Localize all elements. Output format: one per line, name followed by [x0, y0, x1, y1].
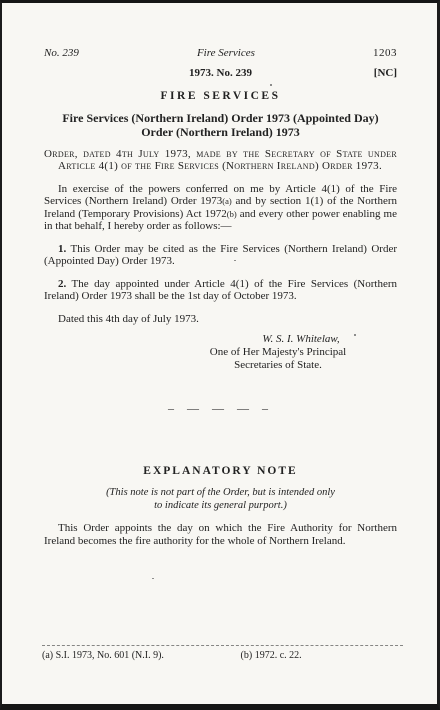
article-1-text: This Order may be cited as the Fire Serv…: [44, 243, 397, 268]
section-divider: – — — — –: [44, 402, 397, 415]
signatory-office-line1: One of Her Majesty's Principal: [169, 346, 387, 359]
page-content: No. 239 Fire Services 1203 1973. No. 239…: [2, 3, 437, 547]
article-2-text: The day appointed under Article 4(1) of …: [44, 278, 397, 303]
footnote-row: (a) S.I. 1973, No. 601 (N.I. 9). (b) 197…: [42, 650, 403, 662]
footnote-b: (b) 1972. c. 22.: [241, 650, 302, 662]
running-head-subject: Fire Services: [197, 47, 255, 60]
article-1-number: 1.: [58, 243, 66, 255]
explanatory-note-heading: EXPLANATORY NOTE: [44, 465, 397, 478]
running-head-page-number: 1203: [373, 47, 397, 60]
footnote-ref-b: (b): [227, 209, 237, 219]
signatory-office-line2: Secretaries of State.: [169, 359, 387, 372]
footnote-a: (a) S.I. 1973, No. 601 (N.I. 9).: [42, 650, 241, 662]
running-head: No. 239 Fire Services 1203: [44, 47, 397, 60]
classification-tag: [NC]: [374, 67, 397, 80]
scan-speck: [152, 578, 154, 579]
order-title: Fire Services (Northern Ireland) Order 1…: [44, 111, 397, 139]
parenthetical-line1: (This note is not part of the Order, but…: [44, 486, 397, 499]
subject-heading: FIRE SERVICES: [44, 90, 397, 103]
running-head-order-number: No. 239: [44, 47, 79, 60]
scan-speck: [354, 334, 356, 336]
recital-paragraph: In exercise of the powers conferred on m…: [44, 183, 397, 233]
parenthetical-line2: to indicate its general purport.): [44, 499, 397, 512]
scan-speck: [234, 260, 236, 261]
preamble: Order, dated 4th July 1973, made by the …: [44, 148, 397, 173]
order-title-line2: Order (Northern Ireland) 1973: [44, 125, 397, 139]
article-2: 2. The day appointed under Article 4(1) …: [44, 278, 397, 303]
instrument-number-line: 1973. No. 239 [NC]: [44, 67, 397, 80]
instrument-number: 1973. No. 239: [189, 67, 252, 79]
footnote-ref-a: (a): [222, 196, 231, 206]
article-1: 1. This Order may be cited as the Fire S…: [44, 243, 397, 268]
document-page: No. 239 Fire Services 1203 1973. No. 239…: [0, 0, 440, 710]
signature-block: W. S. I. Whitelaw, One of Her Majesty's …: [169, 333, 387, 372]
article-2-number: 2.: [58, 278, 66, 290]
explanatory-note-parenthetical: (This note is not part of the Order, but…: [44, 486, 397, 512]
scan-speck: [270, 84, 272, 86]
footnote-rule: [42, 645, 403, 646]
explanatory-note-body: This Order appoints the day on which the…: [44, 522, 397, 547]
order-title-line1: Fire Services (Northern Ireland) Order 1…: [44, 111, 397, 125]
dated-line: Dated this 4th day of July 1973.: [44, 313, 397, 326]
footnotes: (a) S.I. 1973, No. 601 (N.I. 9). (b) 197…: [42, 645, 403, 662]
